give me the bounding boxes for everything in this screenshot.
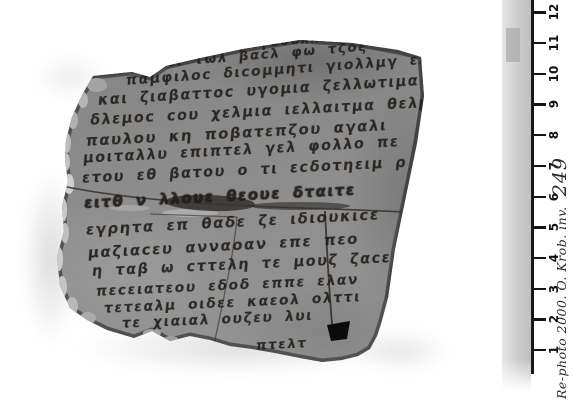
ostracon-photograph: ναμτγαθυλλεϲ τϲει τωλ βαϲλ φω τζοξ παμφι… [0,0,573,400]
annotation-inventory-number: 249 [549,157,571,196]
edge-notch [327,321,350,341]
photo-annotation: Re-photo 2000. O. Krob. inv. 249 [549,47,573,399]
pottery-sherd: ναμτγαθυλλεϲ τϲει τωλ βαϲλ φω τζοξ παμφι… [0,0,573,400]
ruler-shadow-strip [502,0,531,390]
ruler-number: 12 [545,3,563,21]
ink-text-line: πτελτ [255,335,308,354]
annotation-text: Re-photo 2000. O. Krob. inv. [554,206,569,399]
